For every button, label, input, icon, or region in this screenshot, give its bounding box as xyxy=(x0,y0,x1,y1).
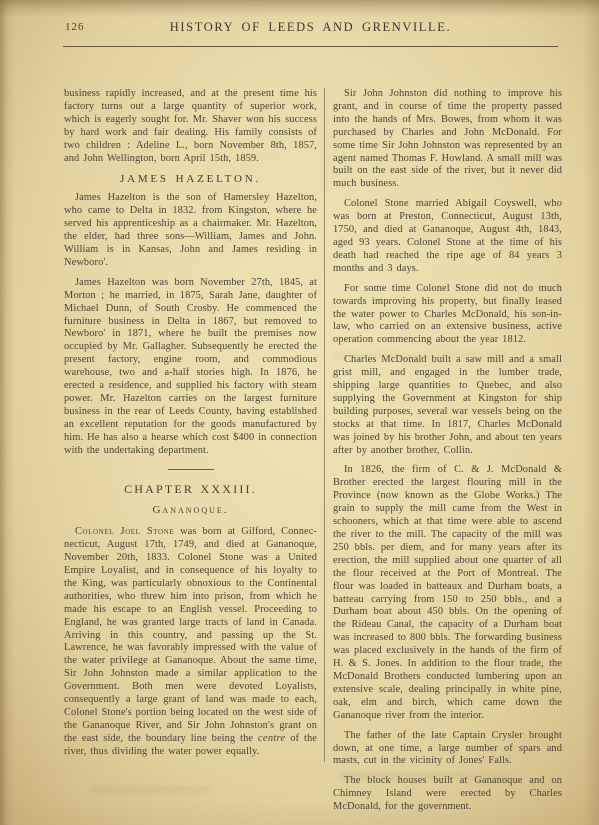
book-page-scan: 126 HISTORY OF LEEDS AND GRENVILLE. busi… xyxy=(0,0,599,825)
paragraph-chapter-lead: Colonel Joel Stone was born at Gilford, … xyxy=(64,526,317,758)
section-end-rule xyxy=(168,469,214,470)
italic-word: centre xyxy=(258,733,285,744)
left-column: business rapidly increased, and at the p… xyxy=(64,88,317,766)
column-divider-rule xyxy=(324,88,325,762)
paragraph: For some time Colonel Stone did not do m… xyxy=(333,283,562,348)
paragraph-continuation: business rapidly increased, and at the p… xyxy=(64,88,317,165)
right-column: Sir John Johnston did nothing to improve… xyxy=(333,88,562,821)
paragraph: James Hazelton is the son of Hamersley H… xyxy=(64,192,317,269)
running-header-title: HISTORY OF LEEDS AND GRENVILLE. xyxy=(63,20,558,35)
header-rule xyxy=(63,46,558,47)
chapter-heading: CHAPTER XXXIII. xyxy=(64,483,317,496)
section-heading-james-hazelton: JAMES HAZELTON. xyxy=(64,173,317,186)
paragraph: Charles McDonald built a saw mill and a … xyxy=(333,354,562,457)
paragraph: In 1826, the firm of C. & J. McDonald & … xyxy=(333,464,562,722)
paragraph: Sir John Johnston did nothing to improve… xyxy=(333,88,562,191)
paragraph: James Hazelton was born November 27th, 1… xyxy=(64,277,317,458)
text-run: was born at Gilford, Connec-necticut, Au… xyxy=(64,526,317,744)
ink-showthrough xyxy=(330,352,510,359)
ink-showthrough xyxy=(340,773,510,780)
paragraph: The block houses built at Gananoque and … xyxy=(333,775,562,814)
paragraph: The father of the late Captain Crysler b… xyxy=(333,730,562,769)
small-caps-lead: Colonel Joel Stone xyxy=(75,526,174,537)
ink-showthrough xyxy=(90,786,210,793)
paragraph: Colonel Stone married Abigail Coyswell, … xyxy=(333,198,562,275)
chapter-subheading: Gananoque. xyxy=(64,504,317,517)
